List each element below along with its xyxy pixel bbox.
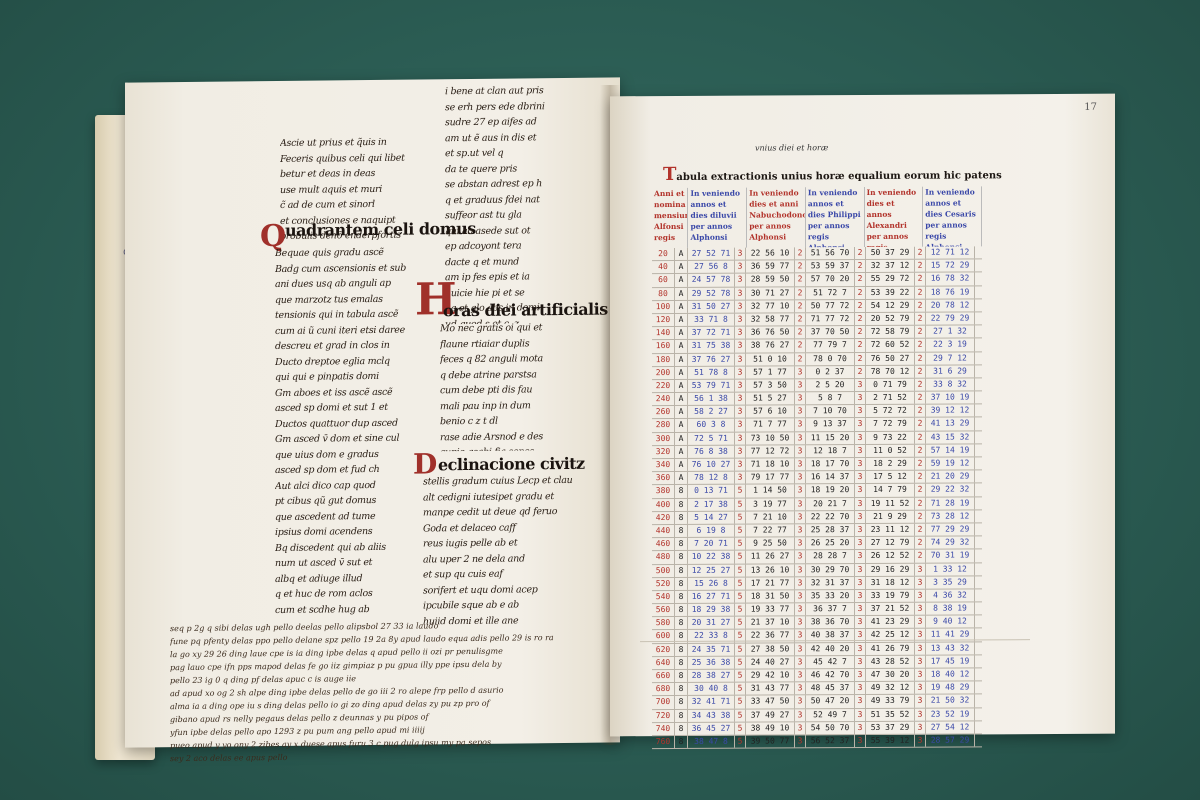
table-cell: 5	[735, 617, 746, 629]
table-cell: 3	[735, 340, 746, 352]
table-cell: 2	[855, 366, 866, 378]
table-cell: 51 56 70	[806, 247, 855, 259]
table-cell: 2	[855, 313, 866, 325]
table-cell: 740	[652, 723, 675, 735]
table-cell: 3	[855, 471, 866, 483]
table-cell: 37 10 19	[926, 391, 975, 403]
table-cell: 320	[652, 446, 675, 458]
table-cell: 5	[735, 683, 746, 695]
table-cell: 20	[652, 248, 675, 260]
table-cell: 48 45 37	[806, 682, 855, 694]
table-cell: 37 70 50	[806, 326, 855, 338]
table-cell: 37 21 52	[866, 603, 915, 615]
table-cell: 5	[735, 525, 746, 537]
table-cell: 49 33 79	[866, 695, 915, 707]
table-cell: 28 59 50	[746, 274, 795, 286]
table-cell: 59 19 12	[926, 457, 975, 469]
table-cell: 280	[652, 419, 675, 431]
table-cell: 9 13 37	[806, 418, 855, 430]
table-cell: 39 12 12	[926, 405, 975, 417]
table-cell: 8	[675, 644, 688, 656]
table-cell: 21 50 32	[926, 695, 975, 707]
table-cell: 18 19 20	[806, 484, 855, 496]
table-cell: 2	[915, 510, 926, 522]
table-cell: 2	[915, 418, 926, 430]
table-cell: 3	[855, 524, 866, 536]
table-cell: 260	[652, 406, 675, 418]
table-cell: 1 33 12	[926, 563, 975, 575]
table-cell: 23 52 19	[926, 708, 975, 720]
table-cell: 3	[855, 669, 866, 681]
table-cell: 8 38 19	[926, 602, 975, 614]
table-cell: 20 21 7	[806, 498, 855, 510]
table-cell: 54 12 29	[866, 299, 915, 311]
table-cell: 28 57 29	[926, 734, 975, 746]
table-cell: 5	[735, 590, 746, 602]
table-cell: 31 18 12	[866, 576, 915, 588]
table-cell: 16 27 71	[688, 591, 735, 603]
table-cell: 160	[652, 340, 675, 352]
table-cell: A	[675, 287, 688, 299]
table-cell: 30 40 8	[688, 683, 735, 695]
table-cell: 7 72 79	[866, 418, 915, 430]
table-cell: 300	[652, 433, 675, 445]
table-cell: 18 40 12	[926, 668, 975, 680]
table-cell: 35 33 20	[806, 590, 855, 602]
table-cell: 29 22 32	[926, 484, 975, 496]
table-cell: 3	[795, 511, 806, 523]
table-cell: 2	[915, 326, 926, 338]
column-header: In veniendo annos et dies Philippi per a…	[806, 187, 865, 247]
table-cell: 19 33 77	[746, 603, 795, 615]
table-cell: 71 18 10	[746, 458, 795, 470]
table-cell: 50 47 20	[806, 695, 855, 707]
table-cell: 50 37 29	[866, 247, 915, 259]
table-cell: 2	[915, 260, 926, 272]
table-cell: 3	[795, 392, 806, 404]
table-cell: 33 19 79	[866, 590, 915, 602]
table-cell: 5	[735, 498, 746, 510]
table-cell: 3	[855, 392, 866, 404]
table-cell: 37 72 71	[688, 327, 735, 339]
table-cell: 27 1 32	[926, 326, 975, 338]
table-cell: 7 20 71	[688, 538, 735, 550]
table-cell: 3	[855, 511, 866, 523]
table-cell: 3	[795, 524, 806, 536]
table-cell: 3	[855, 445, 866, 457]
table-cell: 38 47 8	[688, 736, 735, 748]
table-cell: 22 56 10	[746, 247, 795, 259]
table-cell: 3	[735, 287, 746, 299]
table-cell: 41 26 79	[866, 642, 915, 654]
table-cell: 8	[675, 683, 688, 695]
table-cell: 2	[855, 273, 866, 285]
table-cell: A	[675, 248, 688, 260]
table-cell: 9 25 50	[746, 537, 795, 549]
table-cell: 8	[675, 512, 688, 524]
table-cell: 3	[795, 643, 806, 655]
table-cell: 32 77 10	[746, 300, 795, 312]
table-cell: 3	[795, 498, 806, 510]
table-cell: 3	[795, 432, 806, 444]
table-cell: 3	[735, 248, 746, 260]
table-cell: 47 30 20	[866, 669, 915, 681]
table-cell: 17 45 19	[926, 655, 975, 667]
table-cell: 2	[915, 273, 926, 285]
table-cell: 2	[915, 247, 926, 259]
table-cell: 3	[735, 445, 746, 457]
table-cell: 45 42 7	[806, 656, 855, 668]
table-cell: 53 37 29	[866, 721, 915, 733]
table-cell: 580	[652, 617, 675, 629]
table-cell: 17 21 77	[746, 577, 795, 589]
table-cell: 60 3 8	[688, 419, 735, 431]
table-cell: 32 37 12	[866, 260, 915, 272]
table-cell: 3	[855, 603, 866, 615]
table-cell: 3	[855, 590, 866, 602]
table-cell: 78 12 8	[688, 472, 735, 484]
table-cell: 22 79 29	[926, 312, 975, 324]
table-cell: 2	[855, 287, 866, 299]
table-cell: 54 50 70	[806, 722, 855, 734]
table-cell: 53 79 71	[688, 380, 735, 392]
table-cell: 2	[795, 300, 806, 312]
table-cell: 29 52 78	[688, 287, 735, 299]
table-cell: 5	[735, 577, 746, 589]
table-cell: 77 12 72	[746, 445, 795, 457]
table-cell: 360	[652, 472, 675, 484]
table-cell: 3	[735, 459, 746, 471]
table-cell: 2	[795, 353, 806, 365]
table-cell: A	[675, 446, 688, 458]
table-cell: 3	[795, 656, 806, 668]
table-cell: 57 70 20	[806, 273, 855, 285]
table-cell: 2 5 20	[806, 379, 855, 391]
table-cell: 27 54 12	[926, 721, 975, 733]
heading-horas: oras diei artificialis	[443, 300, 608, 321]
table-cell: 8	[675, 736, 688, 748]
table-cell: A	[675, 419, 688, 431]
open-manuscript: 12 φ6 Ascie ut prius et q̃uis in Feceris…	[95, 70, 1125, 760]
table-cell: 19 48 29	[926, 682, 975, 694]
table-cell: 620	[652, 644, 675, 656]
table-cell: 14 7 79	[866, 484, 915, 496]
table-cell: 3	[915, 682, 926, 694]
table-cell: 120	[652, 314, 675, 326]
table-cell: 57 3 50	[746, 379, 795, 391]
table-cell: 3	[795, 406, 806, 418]
table-cell: 5 72 72	[866, 405, 915, 417]
table-cell: 3	[855, 656, 866, 668]
table-cell: 340	[652, 459, 675, 471]
table-cell: 3	[855, 722, 866, 734]
table-cell: 18 31 50	[746, 590, 795, 602]
table-cell: 21 20 29	[926, 471, 975, 483]
table-cell: 0 13 71	[688, 485, 735, 497]
table-cell: 5	[735, 604, 746, 616]
table-cell: 2	[915, 299, 926, 311]
table-cell: 37 76 27	[688, 353, 735, 365]
table-cell: 74 29 32	[926, 537, 975, 549]
table-cell: 3	[735, 274, 746, 286]
table-cell: 15 72 29	[926, 260, 975, 272]
table-cell: 3	[855, 735, 866, 747]
table-cell: 9 40 12	[926, 616, 975, 628]
table-cell: 2	[915, 352, 926, 364]
table-cell: 180	[652, 353, 675, 365]
table-header: Anni et nomina mensium Alfonsi regis In …	[652, 186, 982, 248]
table-cell: 3	[855, 418, 866, 430]
table-cell: 72 58 79	[866, 326, 915, 338]
table-cell: 22 22 70	[806, 511, 855, 523]
table-cell: 3	[855, 709, 866, 721]
table-cell: 0 71 79	[866, 379, 915, 391]
table-cell: 80	[652, 288, 675, 300]
table-cell: 5	[735, 551, 746, 563]
table-cell: 3	[855, 563, 866, 575]
table-cell: 2	[855, 300, 866, 312]
table-cell: 380	[652, 485, 675, 497]
table-cell: 140	[652, 327, 675, 339]
column-header: In veniendo annos et dies Cesaris per an…	[923, 186, 982, 246]
table-cell: 8	[675, 525, 688, 537]
table-cell: 29 42 10	[746, 669, 795, 681]
table-cell: 3 19 77	[746, 498, 795, 510]
table-cell: 29 7 12	[926, 352, 975, 364]
table-cell: 3	[735, 366, 746, 378]
table-cell: 32 41 71	[688, 696, 735, 708]
table-cell: 200	[652, 367, 675, 379]
table-cell: 56 52 37	[806, 735, 855, 747]
table-cell: 760	[652, 736, 675, 748]
table-cell: 440	[652, 525, 675, 537]
table-cell: 2	[855, 352, 866, 364]
table-cell: 72 5 71	[688, 432, 735, 444]
table-cell: 2	[795, 313, 806, 325]
table-cell: 5	[735, 670, 746, 682]
table-cell: 560	[652, 604, 675, 616]
table-cell: 57 14 19	[926, 444, 975, 456]
table-cell: 3	[795, 617, 806, 629]
table-cell: 3	[915, 590, 926, 602]
table-cell: 3	[915, 563, 926, 575]
table-cell: 13 43 32	[926, 642, 975, 654]
table-cell: 3	[855, 643, 866, 655]
table-cell: 8	[675, 538, 688, 550]
table-cell: A	[675, 406, 688, 418]
table-cell: 20 52 79	[866, 313, 915, 325]
table-cell: 5	[735, 736, 746, 748]
table-cell: 8	[675, 578, 688, 590]
column-header: In veniendo dies et annos Alexandri per …	[865, 187, 924, 247]
table-cell: A	[675, 261, 688, 273]
table-cell: 21 37 10	[746, 617, 795, 629]
table-cell: 3	[855, 498, 866, 510]
table-cell: 17 5 12	[866, 471, 915, 483]
table-cell: 2	[915, 286, 926, 298]
table-cell: 2	[915, 444, 926, 456]
table-cell: 30 29 70	[806, 564, 855, 576]
table-cell: 72 60 52	[866, 339, 915, 351]
astronomical-table: 20A27 52 71322 56 10251 56 70250 37 2921…	[652, 246, 982, 749]
table-cell: 3	[795, 366, 806, 378]
table-cell: 25 28 37	[806, 524, 855, 536]
table-cell: 2	[855, 326, 866, 338]
table-cell: 8	[675, 604, 688, 616]
table-cell: 12 18 7	[806, 445, 855, 457]
table-cell: 32 31 37	[806, 577, 855, 589]
table-cell: 60	[652, 274, 675, 286]
table-cell: 51 72 7	[806, 287, 855, 299]
table-cell: 8	[675, 591, 688, 603]
table-cell: 56 1 38	[688, 393, 735, 405]
right-page: 17 vnius diei et horæ Tabula extractioni…	[610, 94, 1115, 737]
table-cell: 2	[795, 247, 806, 259]
table-cell: 51 35 52	[866, 708, 915, 720]
table-cell: 3	[795, 419, 806, 431]
table-cell: A	[675, 340, 688, 352]
table-cell: 78 70 12	[866, 365, 915, 377]
table-cell: 24 35 71	[688, 643, 735, 655]
table-cell: 77 79 7	[806, 339, 855, 351]
table-cell: A	[675, 459, 688, 471]
table-cell: 24 40 27	[746, 656, 795, 668]
table-cell: 5	[735, 511, 746, 523]
table-cell: 51 78 8	[688, 366, 735, 378]
table-cell: 40	[652, 261, 675, 273]
text-column-b: Mo nec gratis oi qui et flaune rtiaiar d…	[440, 319, 615, 451]
table-cell: 53 59 37	[806, 260, 855, 272]
table-cell: 3	[855, 577, 866, 589]
table-cell: 18 76 19	[926, 286, 975, 298]
table-cell: 5	[735, 696, 746, 708]
table-cell: 76 50 27	[866, 352, 915, 364]
table-cell: 12 71 12	[926, 246, 975, 258]
table-cell: 540	[652, 591, 675, 603]
table-cell: 720	[652, 710, 675, 722]
table-cell: 27 38 50	[746, 643, 795, 655]
table-cell: 52 49 7	[806, 709, 855, 721]
table-cell: 38 36 70	[806, 616, 855, 628]
table-cell: 2	[915, 550, 926, 562]
heading-declinacione: eclinacione civitz	[438, 454, 585, 475]
table-cell: A	[675, 274, 688, 286]
table-cell: 2	[915, 497, 926, 509]
table-cell: 0 2 37	[806, 366, 855, 378]
table-row: 760838 47 8539 50 77356 52 37355 39 1232…	[652, 734, 982, 749]
table-cell: 5	[735, 722, 746, 734]
table-cell: 3	[855, 550, 866, 562]
table-cell: 3	[915, 603, 926, 615]
column-header: In veniendo dies et anni Nabuchodonosor …	[747, 187, 806, 247]
table-cell: 51 0 10	[746, 353, 795, 365]
table-cell: 77 29 29	[926, 523, 975, 535]
table-cell: 34 43 38	[688, 709, 735, 721]
table-cell: 8	[675, 696, 688, 708]
table-cell: 3	[735, 406, 746, 418]
table-cell: 3	[915, 721, 926, 733]
table-cell: 3	[735, 327, 746, 339]
table-cell: 18 17 70	[806, 458, 855, 470]
table-cell: 33 47 50	[746, 696, 795, 708]
table-cell: 18 29 38	[688, 604, 735, 616]
table-cell: 71 28 19	[926, 497, 975, 509]
table-cell: 2	[795, 326, 806, 338]
table-cell: 71 7 77	[746, 419, 795, 431]
table-cell: 22 3 19	[926, 339, 975, 351]
table-cell: 46 42 70	[806, 669, 855, 681]
table-cell: A	[675, 301, 688, 313]
table-cell: 36 59 77	[746, 261, 795, 273]
table-cell: 36 37 7	[806, 603, 855, 615]
table-cell: 26 12 52	[866, 550, 915, 562]
folio-number: 17	[1084, 102, 1097, 113]
table-cell: 2	[795, 287, 806, 299]
table-cell: 6 19 8	[688, 525, 735, 537]
table-cell: 2	[795, 340, 806, 352]
table-cell: 100	[652, 301, 675, 313]
table-cell: 7 22 77	[746, 524, 795, 536]
table-cell: 13 26 10	[746, 564, 795, 576]
table-cell: 20 31 27	[688, 617, 735, 629]
table-cell: 27 12 79	[866, 537, 915, 549]
superscript-note: vnius diei et horæ	[755, 143, 828, 152]
table-cell: 31 50 27	[688, 300, 735, 312]
table-cell: 3	[795, 577, 806, 589]
table-cell: 4 36 32	[926, 589, 975, 601]
table-cell: 2	[915, 537, 926, 549]
table-cell: 5 8 7	[806, 392, 855, 404]
table-cell: 3	[855, 682, 866, 694]
table-cell: 8	[675, 564, 688, 576]
table-cell: 8	[675, 617, 688, 629]
table-cell: 2	[855, 260, 866, 272]
table-cell: 36 45 27	[688, 722, 735, 734]
table-cell: 11 0 52	[866, 445, 915, 457]
table-cell: 76 10 27	[688, 459, 735, 471]
table-cell: 3	[855, 379, 866, 391]
table-cell: 3	[795, 458, 806, 470]
table-cell: 76 8 38	[688, 445, 735, 457]
table-cell: 2	[915, 524, 926, 536]
table-cell: 3	[735, 314, 746, 326]
table-cell: 3	[795, 590, 806, 602]
table-cell: 3	[795, 735, 806, 747]
table-cell: 3	[855, 537, 866, 549]
table-cell: A	[675, 433, 688, 445]
table-cell: 31 75 38	[688, 340, 735, 352]
table-cell: 42 40 20	[806, 643, 855, 655]
table-cell: 50 77 72	[806, 300, 855, 312]
table-cell: 3	[735, 261, 746, 273]
table-cell: 3	[915, 642, 926, 654]
table-cell: 10 22 38	[688, 551, 735, 563]
table-cell: 16 78 32	[926, 273, 975, 285]
table-cell: 2	[915, 365, 926, 377]
table-cell: 73 28 12	[926, 510, 975, 522]
table-cell: A	[675, 314, 688, 326]
table-cell: 15 26 8	[688, 577, 735, 589]
table-cell: 43 28 52	[866, 656, 915, 668]
table-cell: 33 8 32	[926, 378, 975, 390]
table-cell: 3	[795, 551, 806, 563]
text-column-b-top: i bene at clan aut pris se erh pers ede …	[445, 82, 615, 324]
table-cell: 43 15 32	[926, 431, 975, 443]
table-cell: 3	[915, 708, 926, 720]
table-cell: 3	[915, 669, 926, 681]
table-cell: 32 58 77	[746, 313, 795, 325]
table-title: Tabula extractionis unius horæ equalium …	[663, 162, 1002, 185]
